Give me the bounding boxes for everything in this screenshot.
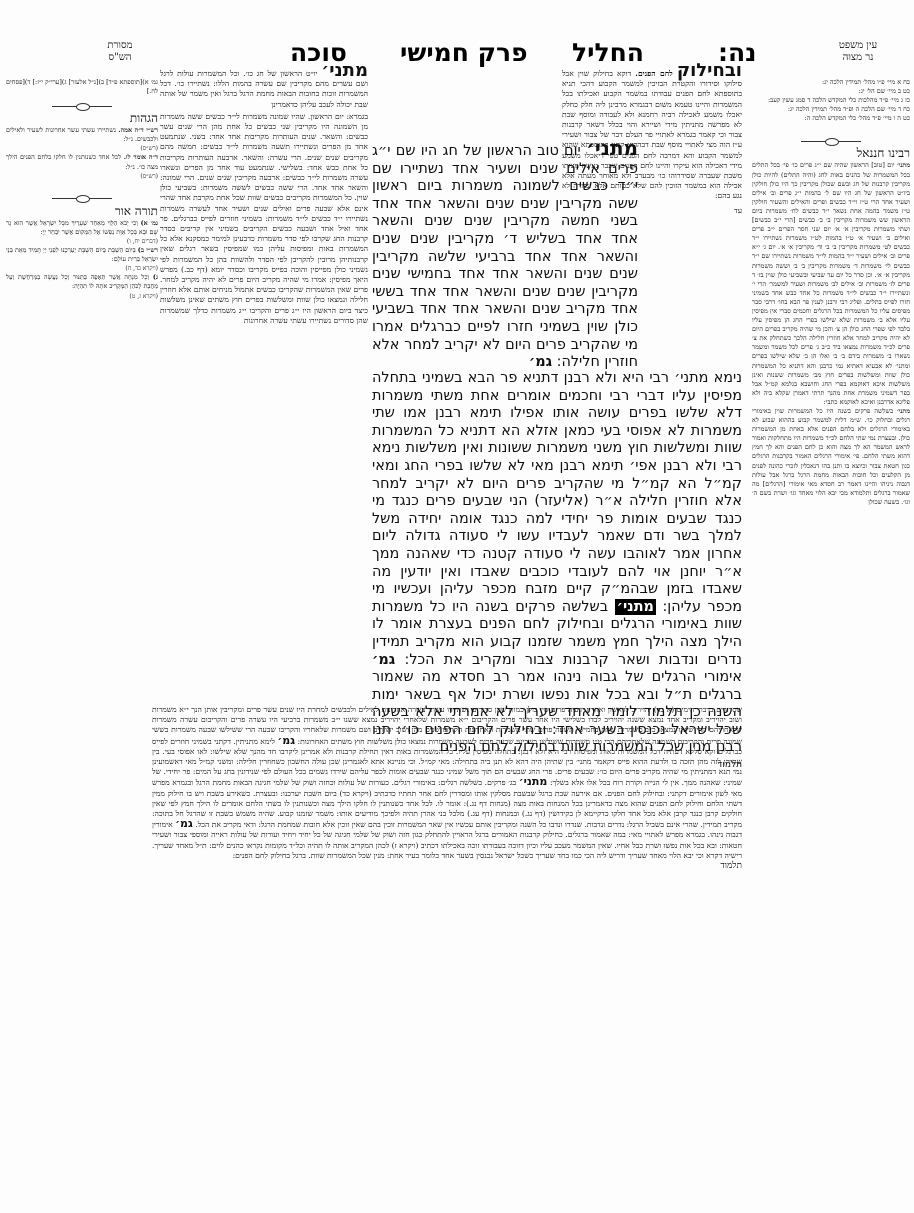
bottom-catchword: תלמוד — [152, 861, 742, 871]
hagahot-ref: (רש״ס) — [6, 144, 158, 153]
torah-or-title: תורה אור — [6, 203, 158, 219]
hagahot-ref: (רש״ס) — [6, 172, 158, 181]
ein-mishpat-entry: כז ג מיי׳ פ״ד מהלכות כלי המקדש הלכה ד סמ… — [752, 96, 910, 105]
rashi-lead: מתני׳ — [321, 60, 368, 81]
rashi-column: מתני׳ יו״ט הראשון של חג כו׳. וכל המשמרות… — [160, 66, 368, 326]
section-divider — [752, 137, 910, 145]
bottom-commentary-text: שסדורים בדברי הימים (א כד) יהויריב לראשו… — [152, 705, 742, 861]
ein-mishpat-entry: כח א מיי׳ פ״ו מהל׳ תמידין הלכה יג: — [752, 78, 910, 87]
chapter-number: פרק חמישי — [400, 38, 528, 68]
torah-or-ref: (ויקרא כד, ח) — [6, 264, 158, 273]
gemara-lead-2: גמ׳ — [372, 652, 395, 668]
gemara-text: נימא מתני׳ רבי היא ולא רבנן דתניא פר הבא… — [372, 370, 742, 757]
ein-mishpat-entry: כט ב מיי׳ שם הל׳ יג: — [752, 87, 910, 96]
chapter-name: החליל — [572, 38, 644, 68]
section-divider — [6, 195, 158, 203]
torah-or-ref: (דברים יח, ו) — [6, 237, 158, 246]
rashi-top-text: מתני׳ יו״ט הראשון של חג כו׳. וכל המשמרות… — [160, 66, 368, 110]
highlighted-mishnah-marker[interactable]: מתני׳ — [615, 599, 656, 615]
hagahot-title: הגהות — [6, 110, 158, 126]
gemara-lead: גמ׳ — [529, 354, 552, 370]
mishnah-lead: מתני׳ — [586, 136, 638, 160]
hagahot-entry: רש״י ד״ה אמה. נשתיירו עשתי עשר אחרונות ל… — [6, 126, 158, 144]
tosafot-lead: ובחילוק — [677, 60, 742, 81]
hagahot-entry: ד״ה אומר לו. לכל אחד כשנותנין לו חלקו בל… — [6, 153, 158, 171]
gemara-main-text: מתני׳ יום טוב הראשון של חג היו שם י״ג פר… — [372, 140, 638, 372]
ein-mishpat-column: כח א מיי׳ פ״ו מהל׳ תמידין הלכה יג: כט ב … — [752, 78, 910, 507]
gemara-block-top — [372, 66, 560, 76]
rabbeinu-chananel-text-2: מתני׳ בשלשה פרקים בשנה היו כל המשמרות שו… — [752, 407, 910, 507]
torah-or-entry: ג) וְכָל מִנְחָה אֲשֶׁר תֵּאָפֶה בַּתַּנ… — [6, 273, 158, 291]
torah-or-entry: רש״י ב) בְּיוֹם הַשַּׁבָּת בְּיוֹם הַשַּ… — [6, 246, 158, 264]
hashas-title: הש"ס — [85, 52, 155, 64]
ein-mishpat-entry: כט ה ו מיי׳ פ״ד מהל׳ כלי המקדש הלכה ה: — [752, 114, 910, 123]
bottom-commentary: שסדורים בדברי הימים (א כד) יהויריב לראשו… — [152, 705, 742, 871]
ein-mishpat-header: עין משפט נר מצוה — [808, 40, 908, 64]
section-divider — [6, 102, 158, 110]
gemara-spacer — [372, 66, 560, 76]
mesoret-title: מסורת — [85, 40, 155, 52]
mishnah-text: מתני׳ יום טוב הראשון של חג היו שם י״ג פר… — [372, 140, 638, 372]
mesoret-hashas-header: מסורת הש"ס — [85, 40, 155, 64]
rabbeinu-chananel-lead-2: מתני׳ — [897, 407, 910, 415]
ner-mitzvah-title: נר מצוה — [808, 52, 908, 64]
rabbeinu-chananel-title: רבינו חננאל — [752, 145, 910, 161]
rashi-text: בגמרא: יום הראשון. שהיו שמונה משמרות לי״… — [160, 112, 368, 326]
rabbeinu-chananel-text: מתני׳ יום [טוב] הראשון שהיה שם י״ג פרים … — [752, 161, 910, 407]
ein-mishpat-title: עין משפט — [808, 40, 908, 52]
torah-or-ref: (ויקרא ז, ט) — [6, 292, 158, 301]
mesoret-entries: גמ׳ א)[תוספתא פ״ד] ב)[נ״ל אלעזר] ג)[ערי״… — [6, 78, 158, 96]
talmud-page: עין משפט נר מצוה נה: החליל פרק חמישי סוכ… — [0, 0, 914, 1213]
torah-or-entry: גמ׳ א) וְכִי יָבֹא הַלֵּוִי מֵאַחַד שְׁע… — [6, 219, 158, 237]
rabbeinu-chananel-lead: מתני׳ — [897, 161, 910, 169]
left-margin-column: גמ׳ א)[תוספתא פ״ד] ב)[נ״ל אלעזר] ג)[ערי״… — [6, 78, 158, 301]
ein-mishpat-entry: כח ד מיי׳ שם הלכה ה ופ״ד מהל׳ תמידין הלכ… — [752, 105, 910, 114]
